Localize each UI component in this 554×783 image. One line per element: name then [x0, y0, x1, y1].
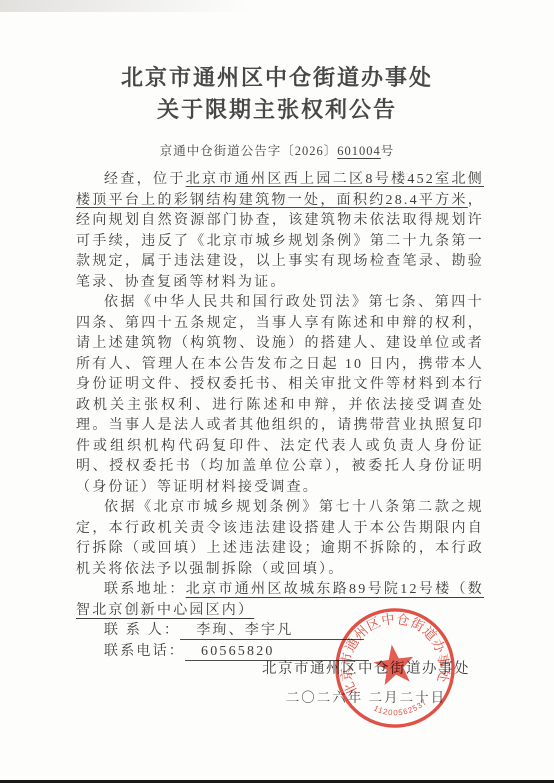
body-paragraph-1: 经查，位于北京市通州区西上园二区8号楼452室北侧楼顶平台上的彩钢结构建筑物一处… — [76, 170, 484, 293]
contact-person-value: 李珣、李宇凡 — [180, 622, 364, 640]
scan-artifact-top — [0, 0, 554, 12]
page-title-line1: 北京市通州区中仓街道办事处 — [0, 0, 554, 94]
contact-phone-label: 联系电话： — [104, 644, 185, 659]
signature-org: 北京市通州区中仓街道办事处 — [262, 657, 470, 678]
body-paragraph-3: 依据《北京市城乡规划条例》第七十八条第二款之规定，本行政机关责令该违法建设搭建人… — [76, 498, 484, 580]
paragraph-segment: 经查，位于 — [104, 172, 186, 187]
notice-document-page: 北京市通州区中仓街道办事处 关于限期主张权利公告 京通中仓街道公告字〔2026〕… — [0, 0, 554, 783]
paragraph-segment: 依据《中华人民共和国行政处罚法》第七条、第四十四条、第四十五条规定，当事人享有陈… — [76, 295, 484, 495]
page-title-line2: 关于限期主张权利公告 — [0, 94, 554, 126]
contact-person-row: 联 系 人：李珣、李宇凡 — [76, 621, 484, 642]
contact-address-row: 联系地址：北京市通州区故城东路89号院12号楼（数智北京创新中心园区内） — [76, 580, 484, 621]
signature-block: 北京市通州区中仓街道办事处 二〇二六年 二月二十日 — [262, 657, 470, 706]
doc-number-serial: 601004 — [337, 144, 381, 158]
contact-person-label: 联 系 人： — [104, 623, 180, 638]
contact-address-label: 联系地址： — [104, 582, 186, 597]
signature-date: 二〇二六年 二月二十日 — [262, 686, 470, 706]
doc-number: 京通中仓街道公告字〔2026〕601004号 — [0, 141, 554, 159]
doc-number-prefix: 京通中仓街道公告字〔2026〕 — [160, 144, 338, 158]
notice-body: 经查，位于北京市通州区西上园二区8号楼452室北侧楼顶平台上的彩钢结构建筑物一处… — [0, 159, 554, 662]
paragraph-segment: 依据《北京市城乡规划条例》第七十八条第二款之规定，本行政机关责令该违法建设搭建人… — [76, 500, 484, 577]
doc-number-suffix: 号 — [381, 144, 395, 158]
body-paragraph-2: 依据《中华人民共和国行政处罚法》第七条、第四十四条、第四十五条规定，当事人享有陈… — [76, 293, 484, 498]
